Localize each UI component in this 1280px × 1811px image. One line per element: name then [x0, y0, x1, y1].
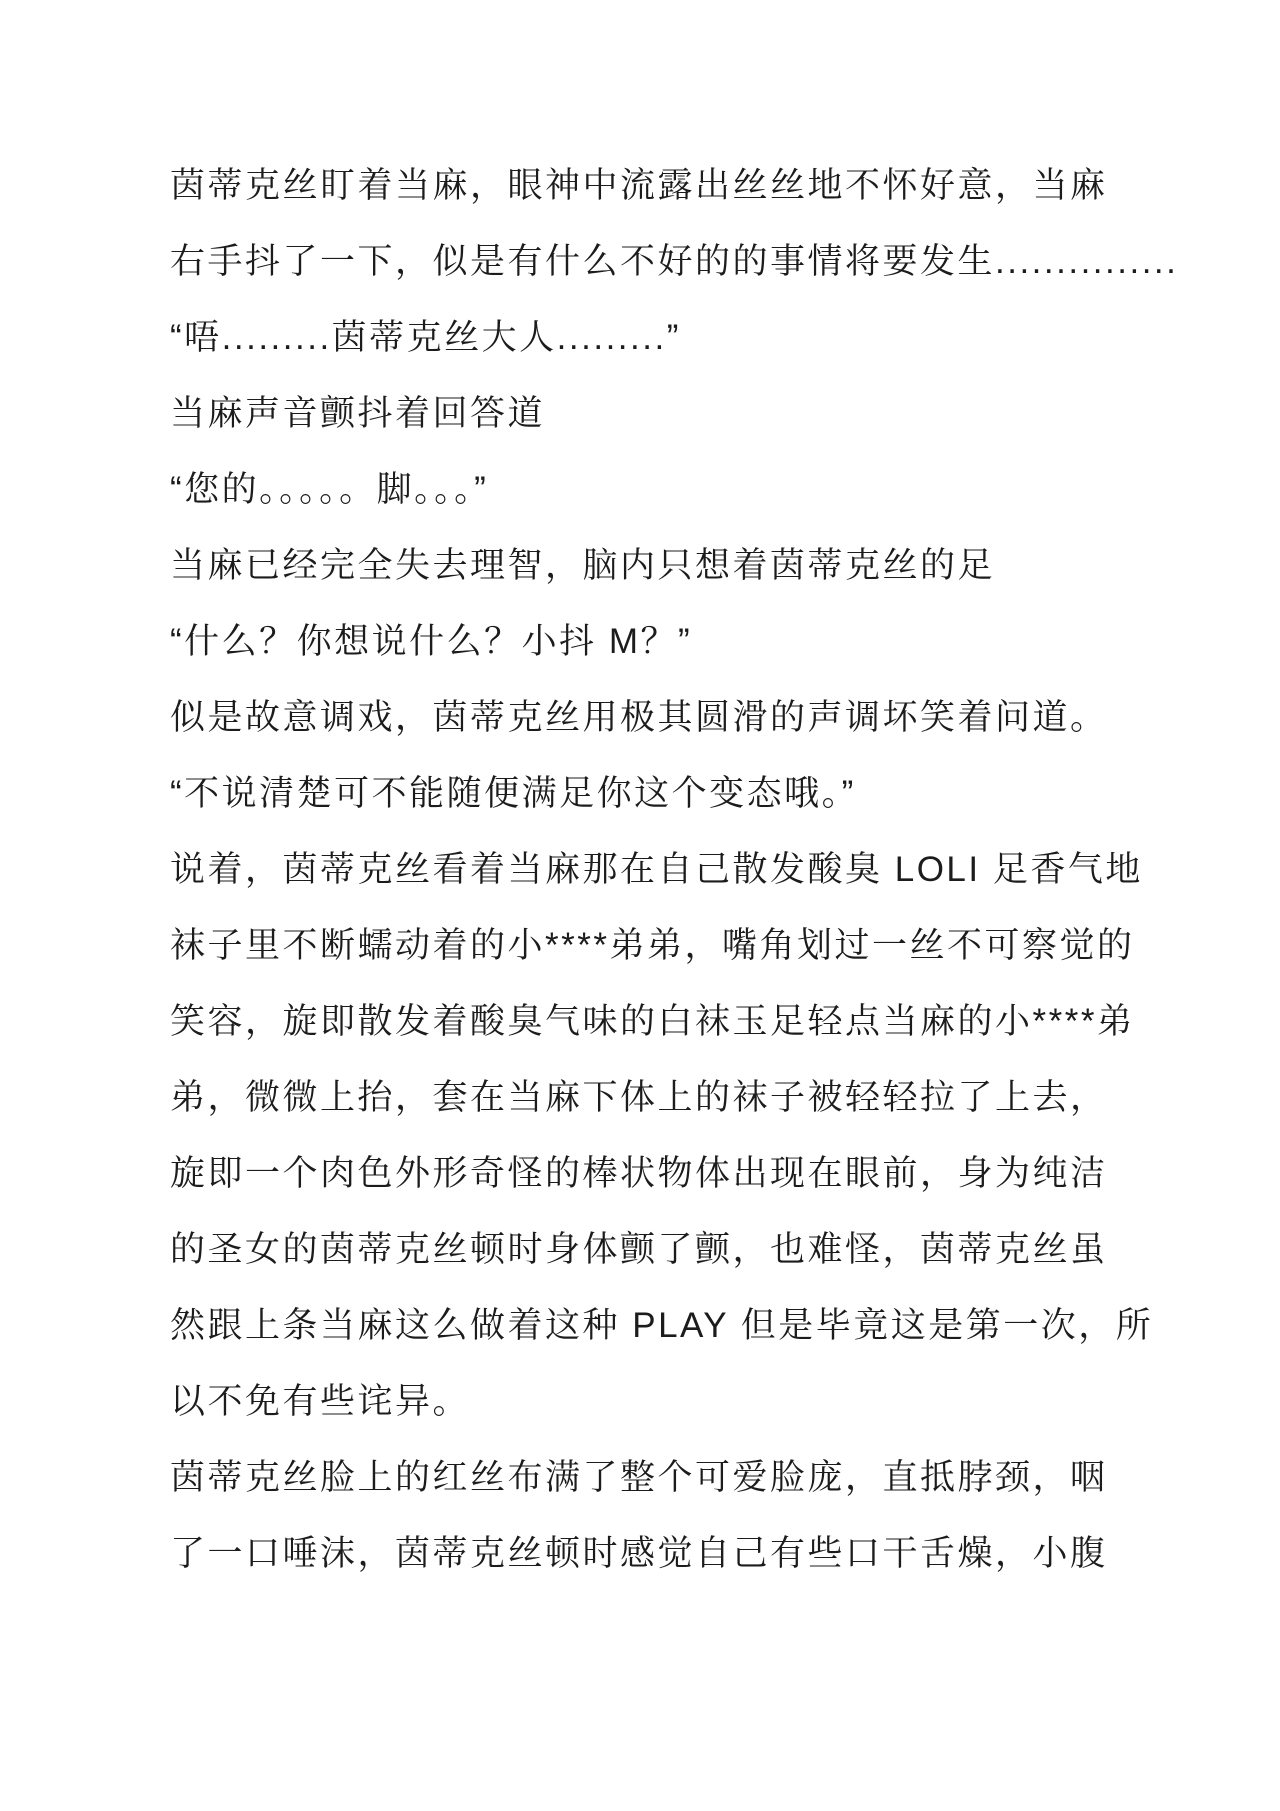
- text-line-dialogue: “唔.........茵蒂克丝大人.........”: [170, 300, 1130, 376]
- text-line: 以不免有些诧异。: [170, 1364, 1130, 1440]
- text-line: 的圣女的茵蒂克丝顿时身体颤了颤，也难怪，茵蒂克丝虽: [170, 1212, 1130, 1288]
- text-line-dialogue: “不说清楚可不能随便满足你这个变态哦。”: [170, 756, 1130, 832]
- text-line: 笑容，旋即散发着酸臭气味的白袜玉足轻点当麻的小****弟: [170, 984, 1130, 1060]
- text-line: 似是故意调戏，茵蒂克丝用极其圆滑的声调坏笑着问道。: [170, 680, 1130, 756]
- text-line-dialogue: “什么？你想说什么？小抖 M？”: [170, 604, 1130, 680]
- text-line: 当麻声音颤抖着回答道: [170, 376, 1130, 452]
- text-line: 了一口唾沫，茵蒂克丝顿时感觉自己有些口干舌燥，小腹: [170, 1516, 1130, 1592]
- text-line: 袜子里不断蠕动着的小****弟弟，嘴角划过一丝不可察觉的: [170, 908, 1130, 984]
- text-line: 然跟上条当麻这么做着这种 PLAY 但是毕竟这是第一次，所: [170, 1288, 1130, 1364]
- text-line: 说着，茵蒂克丝看着当麻那在自己散发酸臭 LOLI 足香气地: [170, 832, 1130, 908]
- text-line: 茵蒂克丝脸上的红丝布满了整个可爱脸庞，直抵脖颈，咽: [170, 1440, 1130, 1516]
- text-line-dialogue: “您的。。。。。脚。。。”: [170, 452, 1130, 528]
- text-line: 右手抖了一下，似是有什么不好的的事情将要发生...............: [170, 224, 1130, 300]
- text-line: 弟，微微上抬，套在当麻下体上的袜子被轻轻拉了上去，: [170, 1060, 1130, 1136]
- document-page: 茵蒂克丝盯着当麻，眼神中流露出丝丝地不怀好意，当麻 右手抖了一下，似是有什么不好…: [0, 0, 1280, 1811]
- text-line: 茵蒂克丝盯着当麻，眼神中流露出丝丝地不怀好意，当麻: [170, 148, 1130, 224]
- text-line: 当麻已经完全失去理智，脑内只想着茵蒂克丝的足: [170, 528, 1130, 604]
- text-line: 旋即一个肉色外形奇怪的棒状物体出现在眼前，身为纯洁: [170, 1136, 1130, 1212]
- document-text-block: 茵蒂克丝盯着当麻，眼神中流露出丝丝地不怀好意，当麻 右手抖了一下，似是有什么不好…: [170, 148, 1130, 1592]
